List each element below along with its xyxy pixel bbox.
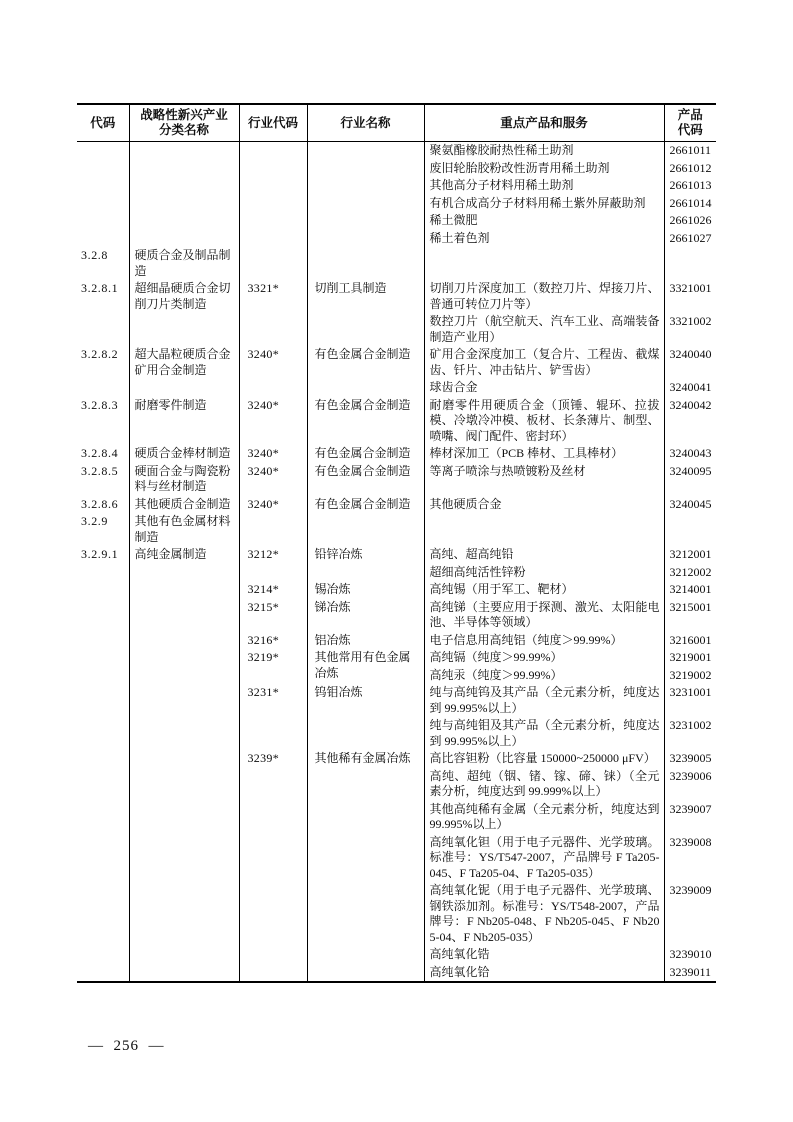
category-cell: 高纯金属制造 (129, 546, 239, 982)
table-body: 聚氨酯橡胶耐热性稀土助剂2661011废旧轮胎胶粉改性沥青用稀土助剂266101… (77, 142, 716, 983)
category-cell: 耐磨零件制造 (129, 397, 239, 446)
product-cell: 矿用合金深度加工（复合片、工程齿、截煤齿、钎片、冲击钻片、铲雪齿） (424, 346, 664, 379)
industry-name-cell (307, 142, 424, 160)
product-code-cell: 3215001 (664, 599, 716, 632)
product-code-cell: 3240042 (664, 397, 716, 446)
industry-code-cell (239, 247, 307, 280)
industry-code-cell (239, 177, 307, 195)
code-cell: 3.2.8.6 (77, 496, 129, 514)
code-cell: 3.2.8 (77, 247, 129, 280)
table-row: 废旧轮胎胶粉改性沥青用稀土助剂2661012 (77, 160, 716, 178)
industry-name-cell (307, 160, 424, 178)
category-cell (129, 230, 239, 248)
product-code-cell (664, 513, 716, 546)
category-cell: 超细晶硬质合金切削刀片类制造 (129, 280, 239, 346)
product-code-cell: 3239010 (664, 946, 716, 964)
product-cell: 等离子喷涂与热喷镀粉及丝材 (424, 463, 664, 496)
industry-name-cell (307, 177, 424, 195)
industry-code-cell (239, 160, 307, 178)
product-code-cell: 3240040 (664, 346, 716, 379)
industry-code-cell: 3231* (239, 684, 307, 750)
header-key-products: 重点产品和服务 (424, 104, 664, 142)
industry-code-cell: 3240* (239, 346, 307, 397)
table-row: 3.2.8硬质合金及制品制造 (77, 247, 716, 280)
code-cell: 3.2.8.1 (77, 280, 129, 346)
table-row: 聚氨酯橡胶耐热性稀土助剂2661011 (77, 142, 716, 160)
product-code-cell: 3216001 (664, 632, 716, 650)
category-cell: 硬质合金棒材制造 (129, 445, 239, 463)
product-code-cell: 3239011 (664, 964, 716, 983)
product-cell: 高纯氧化铪 (424, 964, 664, 983)
product-cell: 高纯、超高纯铅 (424, 546, 664, 564)
table-row: 3.2.9其他有色金属材料制造 (77, 513, 716, 546)
product-code-cell: 3240041 (664, 379, 716, 397)
product-code-cell: 3231001 (664, 684, 716, 717)
table-row: 3.2.8.1超细晶硬质合金切削刀片类制造3321*切削工具制造切削刀片深度加工… (77, 280, 716, 313)
table-row: 其他高分子材料用稀土助剂2661013 (77, 177, 716, 195)
category-cell: 其他有色金属材料制造 (129, 513, 239, 546)
product-cell: 有机合成高分子材料用稀土紫外屏蔽助剂 (424, 195, 664, 213)
industry-name-cell: 有色金属合金制造 (307, 397, 424, 446)
product-cell: 稀土着色剂 (424, 230, 664, 248)
industry-code-cell: 3215* (239, 599, 307, 632)
category-cell (129, 212, 239, 230)
table-row: 3.2.9.1高纯金属制造3212*铅锌冶炼高纯、超高纯铅3212001 (77, 546, 716, 564)
industry-name-cell (307, 247, 424, 280)
category-cell (129, 177, 239, 195)
industry-name-cell: 钨钼冶炼 (307, 684, 424, 750)
product-cell: 其他高分子材料用稀土助剂 (424, 177, 664, 195)
product-code-cell: 3240045 (664, 496, 716, 514)
product-code-cell: 2661027 (664, 230, 716, 248)
industry-code-cell (239, 195, 307, 213)
product-code-cell: 3239008 (664, 834, 716, 883)
product-cell: 电子信息用高纯铝（纯度＞99.99%） (424, 632, 664, 650)
table-row: 3.2.8.3耐磨零件制造3240*有色金属合金制造耐磨零件用硬质合金（顶锤、辊… (77, 397, 716, 446)
industry-code-cell (239, 142, 307, 160)
product-cell: 耐磨零件用硬质合金（顶锤、辊环、拉拔模、冷墩冷冲模、板材、长条薄片、制型、喷嘴、… (424, 397, 664, 446)
page-number: — 256 — (88, 1038, 165, 1055)
product-cell: 切削刀片深度加工（数控刀片、焊接刀片、普通可转位刀片等） (424, 280, 664, 313)
product-cell (424, 247, 664, 280)
industry-code-cell: 3212* (239, 546, 307, 581)
product-code-cell: 3240043 (664, 445, 716, 463)
table-row: 稀土微肥2661026 (77, 212, 716, 230)
code-cell (77, 177, 129, 195)
product-cell: 超细高纯活性锌粉 (424, 564, 664, 582)
classification-table: 代码 战略性新兴产业 分类名称 行业代码 行业名称 重点产品和服务 产品 代码 … (77, 103, 716, 983)
product-cell: 数控刀片（航空航天、汽车工业、高端装备制造产业用） (424, 313, 664, 346)
product-cell: 其他硬质合金 (424, 496, 664, 514)
category-cell (129, 195, 239, 213)
product-code-cell: 2661012 (664, 160, 716, 178)
industry-name-cell: 锡冶炼 (307, 581, 424, 599)
industry-code-cell: 3239* (239, 750, 307, 982)
industry-code-cell: 3240* (239, 397, 307, 446)
product-code-cell: 3239007 (664, 801, 716, 834)
product-cell: 高纯镉（纯度＞99.99%） (424, 649, 664, 667)
product-code-cell: 3240095 (664, 463, 716, 496)
product-code-cell: 3212002 (664, 564, 716, 582)
document-page: 代码 战略性新兴产业 分类名称 行业代码 行业名称 重点产品和服务 产品 代码 … (0, 0, 793, 1122)
table-header: 代码 战略性新兴产业 分类名称 行业代码 行业名称 重点产品和服务 产品 代码 (77, 104, 716, 142)
code-cell (77, 212, 129, 230)
product-cell: 高纯、超纯（铟、锗、镓、碲、铼）（全元素分析，纯度达到 99.999%以上） (424, 768, 664, 801)
product-code-cell: 3219002 (664, 667, 716, 685)
industry-code-cell: 3214* (239, 581, 307, 599)
industry-name-cell: 铅锌冶炼 (307, 546, 424, 581)
product-code-cell: 3321001 (664, 280, 716, 313)
product-code-cell: 3239005 (664, 750, 716, 768)
industry-code-cell: 3216* (239, 632, 307, 650)
table-row: 3.2.8.2超大晶粒硬质合金矿用合金制造3240*有色金属合金制造矿用合金深度… (77, 346, 716, 379)
product-cell: 稀土微肥 (424, 212, 664, 230)
category-cell: 硬面合金与陶瓷粉料与丝材制造 (129, 463, 239, 496)
product-code-cell: 3239009 (664, 882, 716, 946)
industry-code-cell: 3321* (239, 280, 307, 346)
product-cell: 高纯氧化铌（用于电子元器件、光学玻璃、钢铁添加剂。标准号：YS/T548-200… (424, 882, 664, 946)
industry-name-cell: 铝冶炼 (307, 632, 424, 650)
product-code-cell: 2661014 (664, 195, 716, 213)
header-product-code: 产品 代码 (664, 104, 716, 142)
product-code-cell: 2661013 (664, 177, 716, 195)
code-cell: 3.2.8.3 (77, 397, 129, 446)
code-cell: 3.2.9.1 (77, 546, 129, 982)
industry-name-cell (307, 513, 424, 546)
header-industry-name: 行业名称 (307, 104, 424, 142)
code-cell (77, 230, 129, 248)
code-cell (77, 195, 129, 213)
industry-name-cell: 其他常用有色金属冶炼 (307, 649, 424, 684)
table-row: 稀土着色剂2661027 (77, 230, 716, 248)
code-cell: 3.2.8.5 (77, 463, 129, 496)
product-cell: 其他高纯稀有金属（全元素分析，纯度达到 99.995%以上） (424, 801, 664, 834)
industry-name-cell (307, 212, 424, 230)
industry-name-cell (307, 230, 424, 248)
industry-name-cell: 有色金属合金制造 (307, 445, 424, 463)
industry-name-cell: 锑冶炼 (307, 599, 424, 632)
code-cell: 3.2.8.4 (77, 445, 129, 463)
product-cell: 纯与高纯钼及其产品（全元素分析，纯度达到 99.995%以上） (424, 717, 664, 750)
product-cell: 球齿合金 (424, 379, 664, 397)
product-code-cell: 3231002 (664, 717, 716, 750)
header-code: 代码 (77, 104, 129, 142)
product-code-cell: 3239006 (664, 768, 716, 801)
product-code-cell: 3219001 (664, 649, 716, 667)
industry-name-cell: 有色金属合金制造 (307, 346, 424, 397)
product-cell (424, 513, 664, 546)
product-code-cell: 3321002 (664, 313, 716, 346)
product-cell: 高纯汞（纯度＞99.99%） (424, 667, 664, 685)
product-cell: 聚氨酯橡胶耐热性稀土助剂 (424, 142, 664, 160)
industry-code-cell (239, 513, 307, 546)
industry-name-cell: 切削工具制造 (307, 280, 424, 346)
industry-name-cell: 有色金属合金制造 (307, 496, 424, 514)
industry-code-cell (239, 230, 307, 248)
product-cell: 高纯锡（用于军工、靶材） (424, 581, 664, 599)
table-row: 3.2.8.6其他硬质合金制造3240*有色金属合金制造其他硬质合金324004… (77, 496, 716, 514)
product-cell: 棒材深加工（PCB 棒材、工具棒材） (424, 445, 664, 463)
category-cell: 超大晶粒硬质合金矿用合金制造 (129, 346, 239, 397)
product-code-cell: 3214001 (664, 581, 716, 599)
product-cell: 高比容钽粉（比容量 150000~250000 μFV） (424, 750, 664, 768)
industry-code-cell: 3240* (239, 445, 307, 463)
header-category-name: 战略性新兴产业 分类名称 (129, 104, 239, 142)
header-row: 代码 战略性新兴产业 分类名称 行业代码 行业名称 重点产品和服务 产品 代码 (77, 104, 716, 142)
product-code-cell: 3212001 (664, 546, 716, 564)
code-cell: 3.2.8.2 (77, 346, 129, 397)
industry-name-cell: 有色金属合金制造 (307, 463, 424, 496)
product-code-cell (664, 247, 716, 280)
category-cell: 硬质合金及制品制造 (129, 247, 239, 280)
product-cell: 高纯氧化钽（用于电子元器件、光学玻璃。标准号：YS/T547-2007，产品牌号… (424, 834, 664, 883)
product-cell: 纯与高纯钨及其产品（全元素分析，纯度达到 99.995%以上） (424, 684, 664, 717)
category-cell (129, 142, 239, 160)
industry-name-cell (307, 195, 424, 213)
industry-code-cell (239, 212, 307, 230)
product-cell: 废旧轮胎胶粉改性沥青用稀土助剂 (424, 160, 664, 178)
industry-name-cell: 其他稀有金属冶炼 (307, 750, 424, 982)
industry-code-cell: 3240* (239, 463, 307, 496)
product-code-cell: 2661026 (664, 212, 716, 230)
product-cell: 高纯氧化锆 (424, 946, 664, 964)
code-cell: 3.2.9 (77, 513, 129, 546)
header-industry-code: 行业代码 (239, 104, 307, 142)
code-cell (77, 160, 129, 178)
product-cell: 高纯锑（主要应用于探测、激光、太阳能电池、半导体等领域） (424, 599, 664, 632)
table-row: 有机合成高分子材料用稀土紫外屏蔽助剂2661014 (77, 195, 716, 213)
category-cell: 其他硬质合金制造 (129, 496, 239, 514)
industry-code-cell: 3219* (239, 649, 307, 684)
table-row: 3.2.8.4硬质合金棒材制造3240*有色金属合金制造棒材深加工（PCB 棒材… (77, 445, 716, 463)
code-cell (77, 142, 129, 160)
industry-code-cell: 3240* (239, 496, 307, 514)
category-cell (129, 160, 239, 178)
product-code-cell: 2661011 (664, 142, 716, 160)
table-row: 3.2.8.5硬面合金与陶瓷粉料与丝材制造3240*有色金属合金制造等离子喷涂与… (77, 463, 716, 496)
